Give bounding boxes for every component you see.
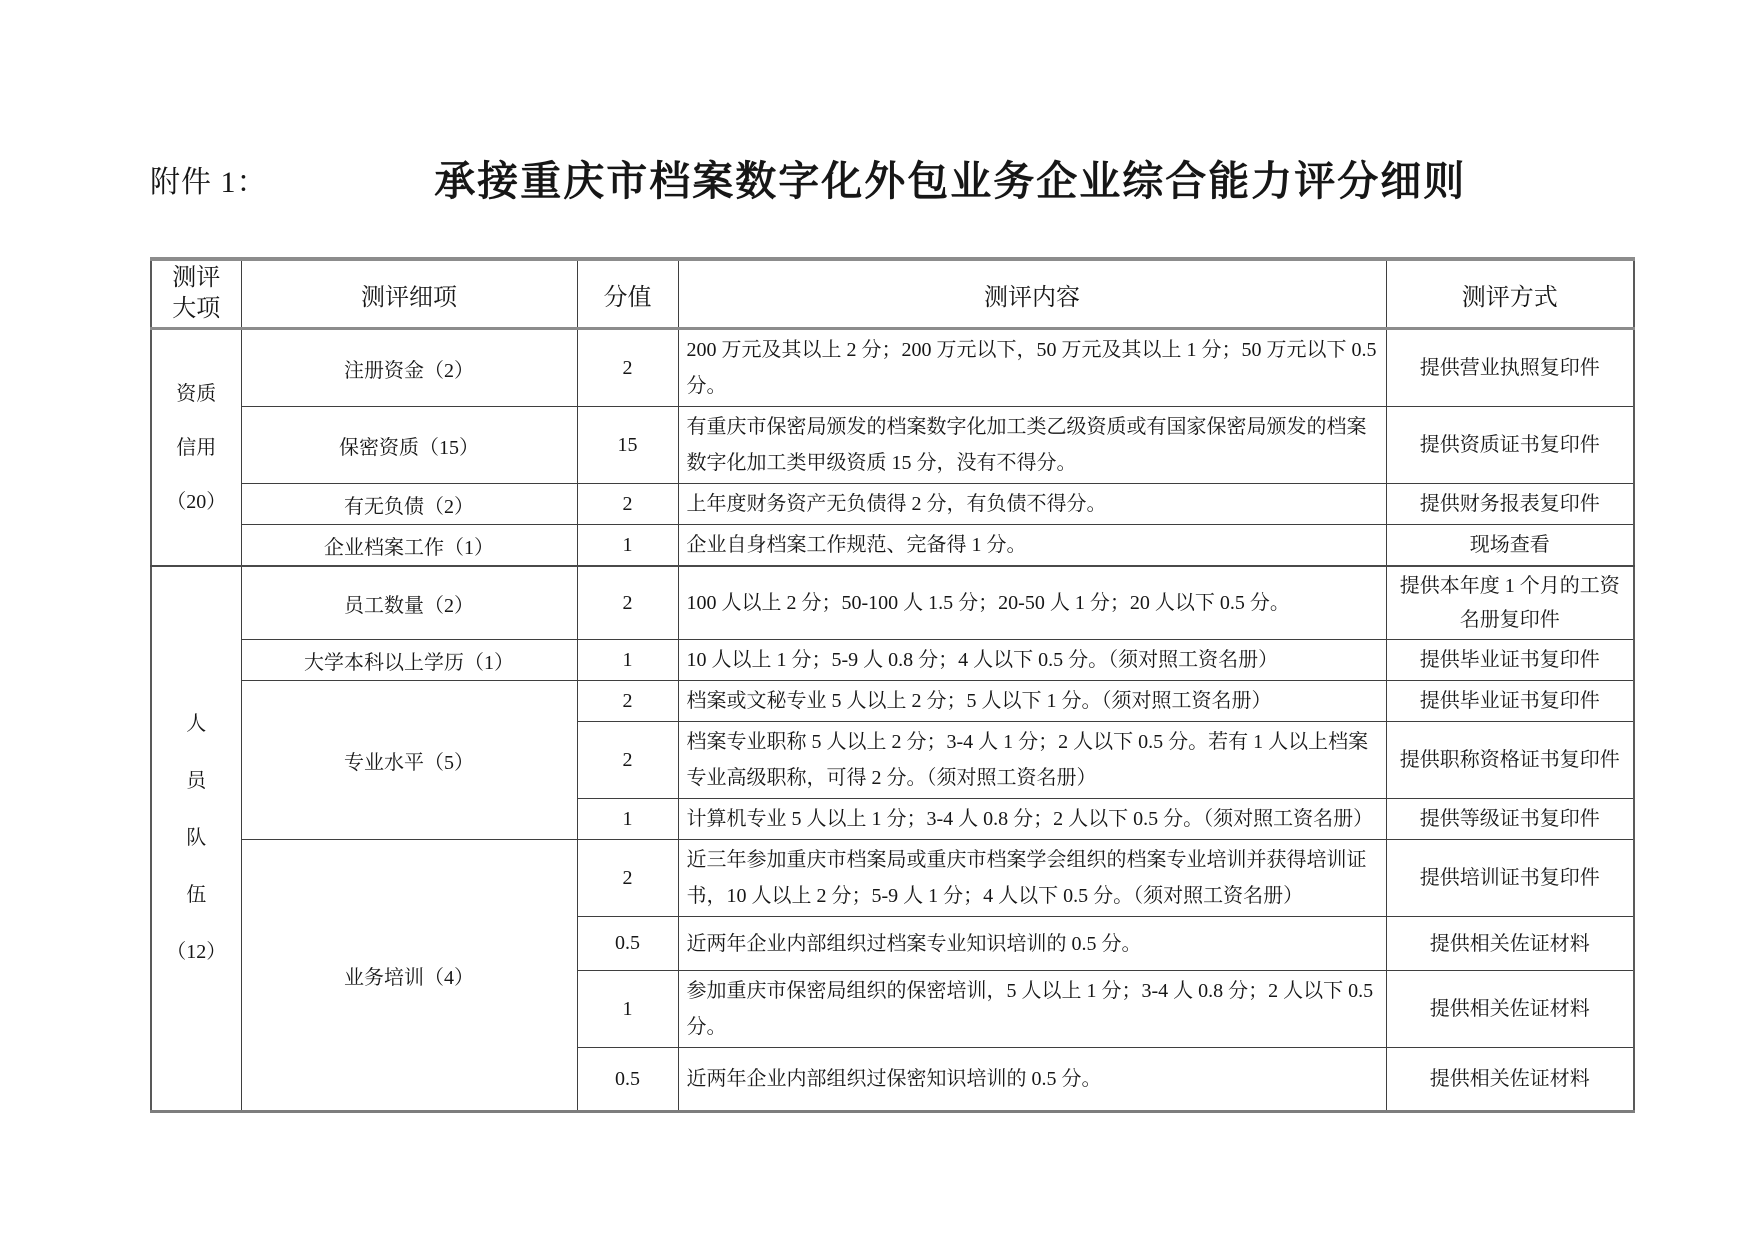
table-row: 大学本科以上学历（1） 1 10 人以上 1 分；5-9 人 0.8 分；4 人…	[151, 640, 1634, 681]
method-cell: 提供相关佐证材料	[1386, 971, 1634, 1048]
score-cell: 1	[577, 525, 678, 567]
item-cell-business-training: 业务培训（4）	[241, 840, 577, 1112]
content-cell: 档案专业职称 5 人以上 2 分；3-4 人 1 分；2 人以下 0.5 分。若…	[678, 722, 1386, 799]
method-cell: 提供财务报表复印件	[1386, 484, 1634, 525]
content-cell: 近两年企业内部组织过档案专业知识培训的 0.5 分。	[678, 917, 1386, 971]
score-cell: 2	[577, 484, 678, 525]
group-label-line: 资质	[160, 367, 233, 421]
header-category: 测评 大项	[151, 259, 241, 329]
scoring-table: 测评 大项 测评细项 分值 测评内容 测评方式 资质 信用 （20） 注册	[150, 257, 1635, 1113]
item-cell: 大学本科以上学历（1）	[241, 640, 577, 681]
score-cell: 2	[577, 566, 678, 640]
score-cell: 1	[577, 971, 678, 1048]
content-cell: 企业自身档案工作规范、完备得 1 分。	[678, 525, 1386, 567]
header-score: 分值	[577, 259, 678, 329]
header-content: 测评内容	[678, 259, 1386, 329]
document-body: 附件 1： 承接重庆市档案数字化外包业务企业综合能力评分细则 测评 大项 测评细…	[150, 158, 1633, 1113]
table-row: 资质 信用 （20） 注册资金（2） 2 200 万元及其以上 2 分；200 …	[151, 329, 1634, 407]
table-row: 保密资质（15） 15 有重庆市保密局颁发的档案数字化加工类乙级资质或有国家保密…	[151, 407, 1634, 484]
document-page: 附件 1： 承接重庆市档案数字化外包业务企业综合能力评分细则 测评 大项 测评细…	[0, 0, 1753, 1240]
score-cell: 0.5	[577, 917, 678, 971]
score-cell: 2	[577, 681, 678, 722]
group-cell-qualification: 资质 信用 （20）	[151, 329, 241, 567]
score-cell: 0.5	[577, 1048, 678, 1112]
group-label-line: 队	[160, 810, 233, 867]
title-block: 附件 1： 承接重庆市档案数字化外包业务企业综合能力评分细则	[150, 158, 1633, 205]
table-row: 业务培训（4） 2 近三年参加重庆市档案局或重庆市档案学会组织的档案专业培训并获…	[151, 840, 1634, 917]
score-cell: 15	[577, 407, 678, 484]
header-method: 测评方式	[1386, 259, 1634, 329]
content-cell: 10 人以上 1 分；5-9 人 0.8 分；4 人以下 0.5 分。（须对照工…	[678, 640, 1386, 681]
content-cell: 计算机专业 5 人以上 1 分；3-4 人 0.8 分；2 人以下 0.5 分。…	[678, 799, 1386, 840]
method-cell: 提供职称资格证书复印件	[1386, 722, 1634, 799]
item-cell-professional-level: 专业水平（5）	[241, 681, 577, 840]
item-cell: 有无负债（2）	[241, 484, 577, 525]
score-cell: 2	[577, 722, 678, 799]
table-row: 专业水平（5） 2 档案或文秘专业 5 人以上 2 分；5 人以下 1 分。（须…	[151, 681, 1634, 722]
method-cell: 提供培训证书复印件	[1386, 840, 1634, 917]
method-cell: 提供相关佐证材料	[1386, 1048, 1634, 1112]
item-cell: 注册资金（2）	[241, 329, 577, 407]
content-cell: 有重庆市保密局颁发的档案数字化加工类乙级资质或有国家保密局颁发的档案数字化加工类…	[678, 407, 1386, 484]
content-cell: 近两年企业内部组织过保密知识培训的 0.5 分。	[678, 1048, 1386, 1112]
group-label-line: 员	[160, 753, 233, 810]
method-cell: 提供相关佐证材料	[1386, 917, 1634, 971]
content-cell: 近三年参加重庆市档案局或重庆市档案学会组织的档案专业培训并获得培训证书，10 人…	[678, 840, 1386, 917]
group-label-line: 信用	[160, 421, 233, 475]
method-cell: 提供本年度 1 个月的工资名册复印件	[1386, 566, 1634, 640]
score-cell: 2	[577, 329, 678, 407]
table-header-row: 测评 大项 测评细项 分值 测评内容 测评方式	[151, 259, 1634, 329]
content-cell: 上年度财务资产无负债得 2 分，有负债不得分。	[678, 484, 1386, 525]
group-label-line: 人	[160, 696, 233, 753]
table-row: 有无负债（2） 2 上年度财务资产无负债得 2 分，有负债不得分。 提供财务报表…	[151, 484, 1634, 525]
method-cell: 提供毕业证书复印件	[1386, 681, 1634, 722]
table-row: 人 员 队 伍 （12） 员工数量（2） 2 100 人以上 2 分；50-10…	[151, 566, 1634, 640]
table-row: 企业档案工作（1） 1 企业自身档案工作规范、完备得 1 分。 现场查看	[151, 525, 1634, 567]
score-cell: 1	[577, 799, 678, 840]
header-item: 测评细项	[241, 259, 577, 329]
method-cell: 提供毕业证书复印件	[1386, 640, 1634, 681]
page-title: 承接重庆市档案数字化外包业务企业综合能力评分细则	[268, 158, 1634, 205]
group-label-line: 伍	[160, 867, 233, 924]
header-category-line1: 测评	[160, 263, 233, 294]
group-label-line: （20）	[160, 475, 233, 529]
attachment-label: 附件 1：	[150, 165, 268, 205]
content-cell: 200 万元及其以上 2 分；200 万元以下，50 万元及其以上 1 分；50…	[678, 329, 1386, 407]
method-cell: 提供营业执照复印件	[1386, 329, 1634, 407]
item-cell: 保密资质（15）	[241, 407, 577, 484]
item-cell: 员工数量（2）	[241, 566, 577, 640]
content-cell: 参加重庆市保密局组织的保密培训，5 人以上 1 分；3-4 人 0.8 分；2 …	[678, 971, 1386, 1048]
item-cell: 企业档案工作（1）	[241, 525, 577, 567]
method-cell: 提供资质证书复印件	[1386, 407, 1634, 484]
group-label-line: （12）	[160, 924, 233, 981]
header-category-line2: 大项	[160, 294, 233, 325]
method-cell: 现场查看	[1386, 525, 1634, 567]
score-cell: 2	[577, 840, 678, 917]
content-cell: 档案或文秘专业 5 人以上 2 分；5 人以下 1 分。（须对照工资名册）	[678, 681, 1386, 722]
group-cell-personnel: 人 员 队 伍 （12）	[151, 566, 241, 1112]
content-cell: 100 人以上 2 分；50-100 人 1.5 分；20-50 人 1 分；2…	[678, 566, 1386, 640]
method-cell: 提供等级证书复印件	[1386, 799, 1634, 840]
score-cell: 1	[577, 640, 678, 681]
